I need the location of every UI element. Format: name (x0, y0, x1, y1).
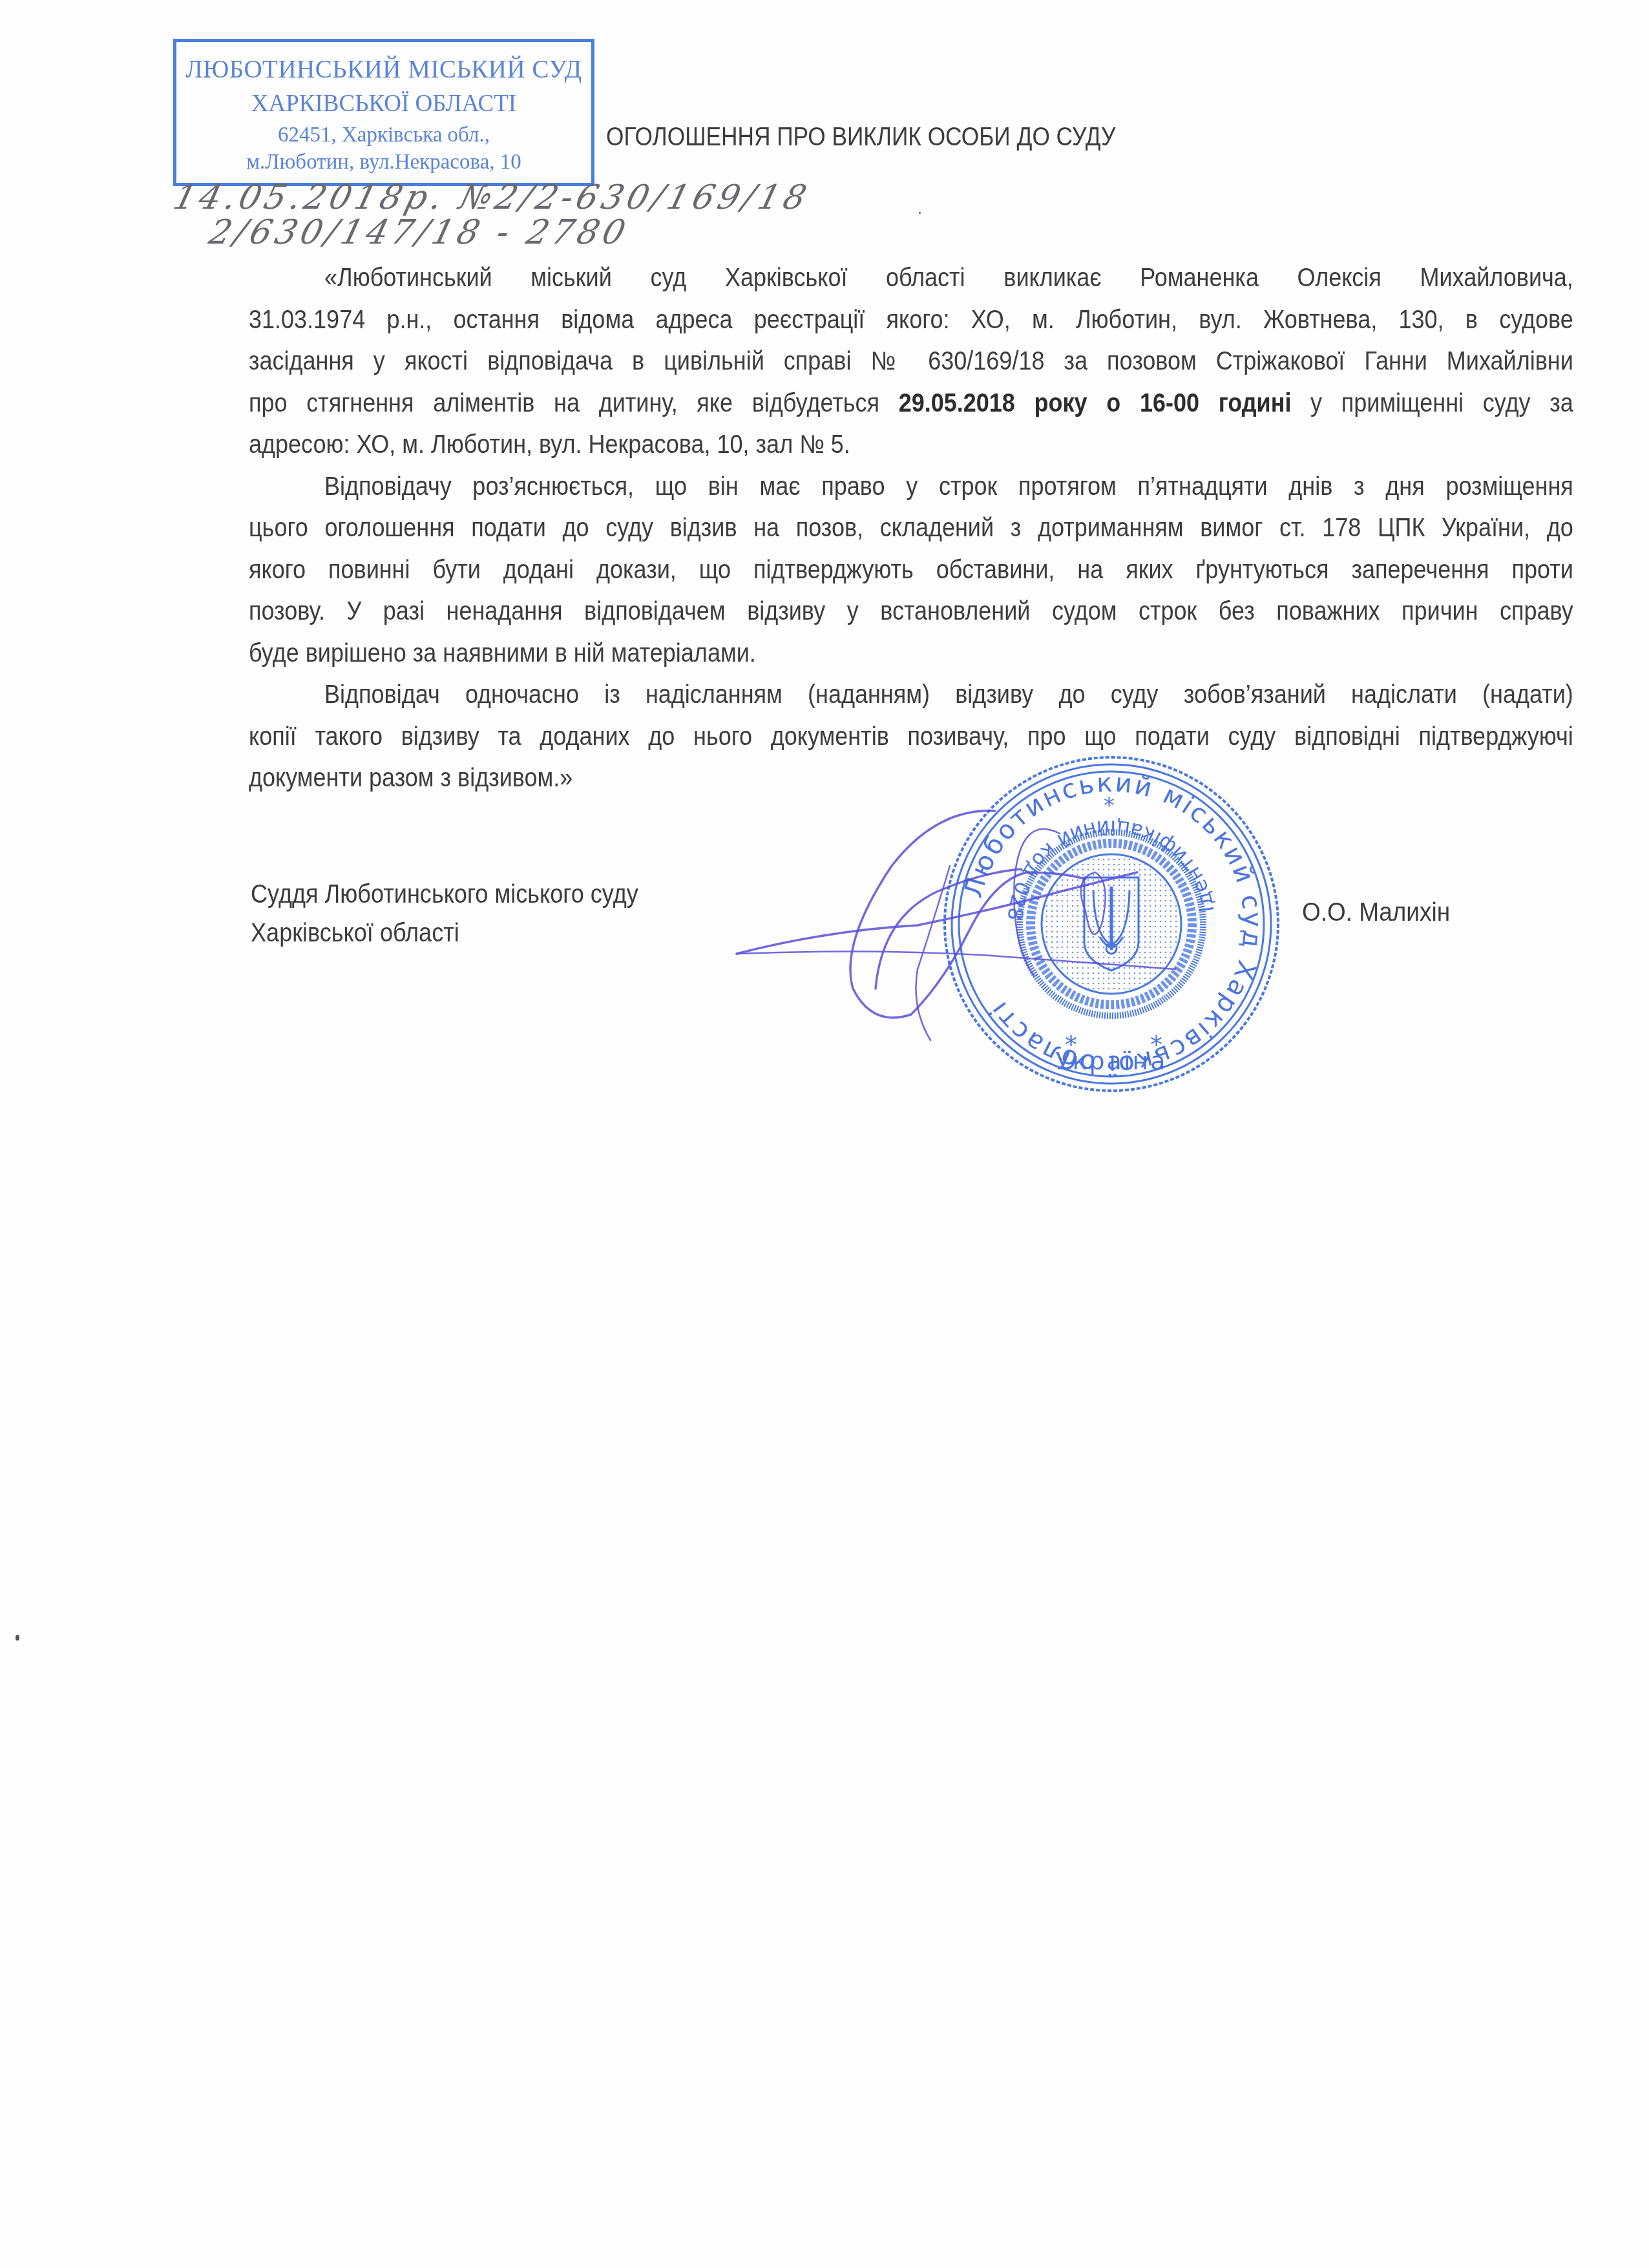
text-line: «Люботинський міський суд Харківської об… (249, 257, 1573, 299)
court-registration-stamp: ЛЮБОТИНСЬКИЙ МІСЬКИЙ СУД ХАРКІВСЬКОЇ ОБЛ… (173, 39, 594, 186)
notice-body: «Люботинський міський суд Харківської об… (249, 257, 1573, 799)
text-line: про стягнення аліментів на дитину, яке в… (249, 383, 1573, 425)
document-title: ОГОЛОШЕННЯ ПРО ВИКЛИК ОСОБИ ДО СУДУ (606, 121, 1115, 152)
hearing-datetime: 29.05.2018 року о 16-00 годині (899, 389, 1292, 417)
handwritten-case-number: 2/630/147/18 - 2780 (205, 213, 633, 252)
text-line: Відповідач одночасно із надісланням (над… (249, 674, 1573, 716)
text-line: якого повинні бути додані докази, що під… (249, 549, 1573, 591)
scan-speck (919, 212, 921, 214)
handwritten-registration-number: 14.05.2018р. №2/2-630/169/18 (170, 178, 814, 217)
judge-signature (724, 775, 1176, 1047)
judge-name: О.О. Малихін (1302, 897, 1450, 927)
text-line: цього оголошення подати до суду відзив н… (249, 507, 1573, 549)
judge-position-line2: Харківської області (251, 918, 459, 948)
paragraph-summons: «Люботинський міський суд Харківської об… (249, 257, 1573, 466)
text-line: Відповідачу роз’яснюється, що він має пр… (249, 466, 1573, 508)
scan-speck (16, 1635, 19, 1641)
stamp-address: м.Люботин, вул.Некрасова, 10 (176, 151, 591, 174)
text-line: адресою: ХО, м. Люботин, вул. Некрасова,… (249, 424, 1573, 466)
text-line: копії такого відзиву та доданих до нього… (249, 716, 1573, 758)
text-segment: у приміщенні суду за (1291, 389, 1573, 417)
paragraph-rights: Відповідачу роз’яснюється, що він має пр… (249, 466, 1573, 675)
stamp-region: ХАРКІВСЬКОЇ ОБЛАСТІ (176, 90, 591, 118)
stamp-court-name: ЛЮБОТИНСЬКИЙ МІСЬКИЙ СУД (176, 55, 591, 84)
text-segment: про стягнення аліментів на дитину, яке в… (249, 389, 899, 417)
judge-position-line1: Суддя Люботинського міського суду (251, 879, 638, 909)
text-line: буде вирішено за наявними в ній матеріал… (249, 633, 1573, 675)
text-line: 31.03.1974 р.н., остання відома адреса р… (249, 299, 1573, 341)
text-line: засідання у якості відповідача в цивільн… (249, 341, 1573, 383)
stamp-postal-code: 62451, Харківська обл., (176, 123, 591, 147)
text-line: позову. У разі ненадання відповідачем ві… (249, 591, 1573, 633)
document-page: ЛЮБОТИНСЬКИЙ МІСЬКИЙ СУД ХАРКІВСЬКОЇ ОБЛ… (0, 0, 1649, 2268)
